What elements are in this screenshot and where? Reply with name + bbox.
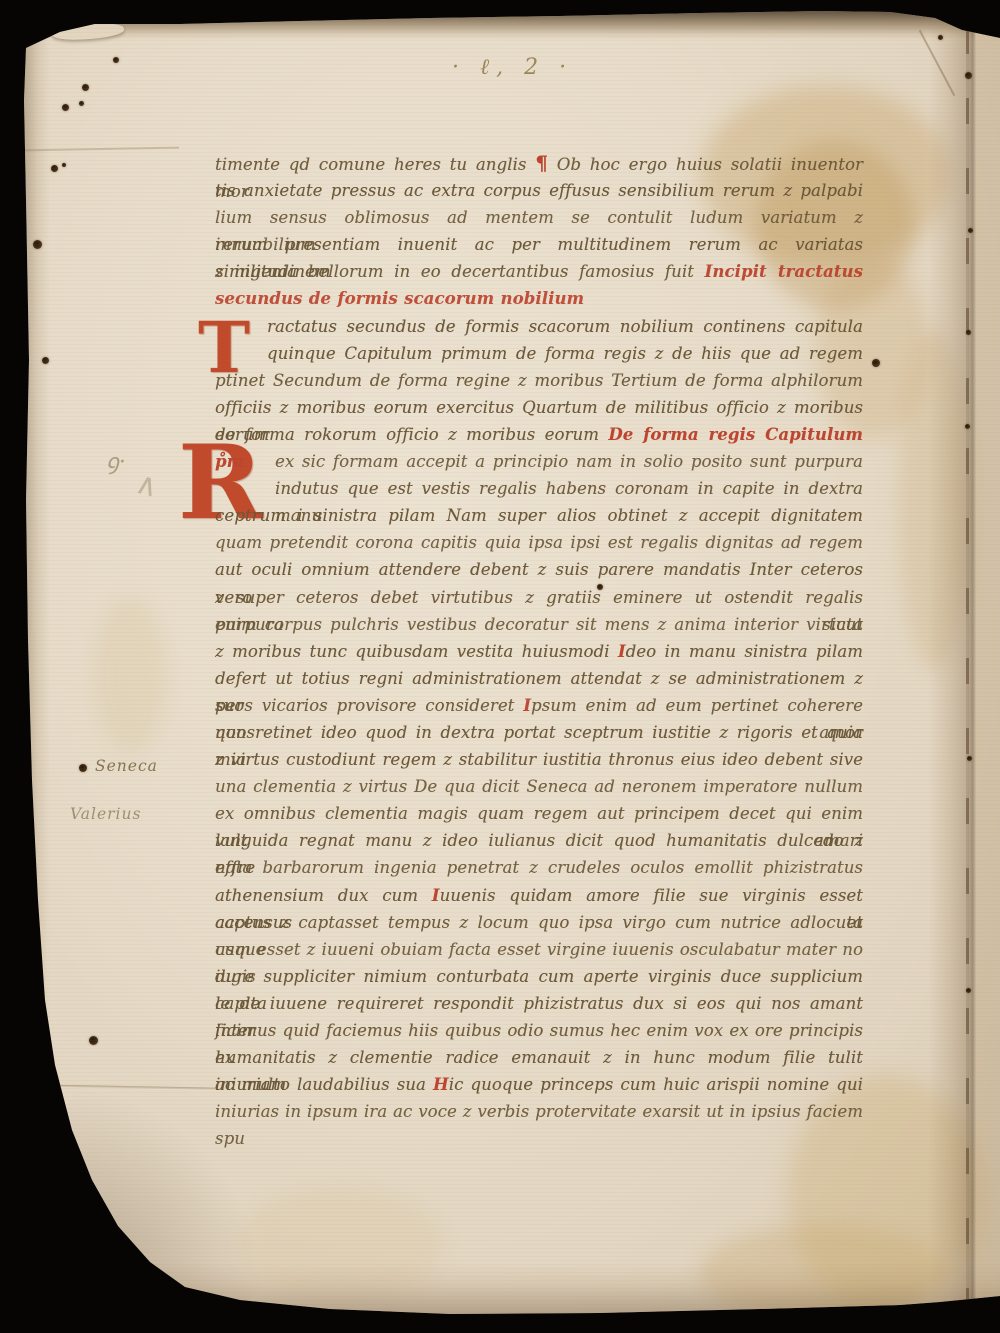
- manuscript-line: tis anxietate pressus ac extra corpus ef…: [215, 177, 863, 204]
- manuscript-line: lium sensus oblimosus ad mentem se contu…: [215, 204, 863, 231]
- manuscript-line: ex sic formam accepit a principio nam in…: [215, 448, 863, 475]
- body-text: suos vicarios provisore consideret: [215, 696, 523, 715]
- crease-bottom-left: [35, 1084, 217, 1090]
- margin-abbreviation-mark: ꝯ·: [106, 446, 126, 476]
- rubric-text: I: [523, 696, 531, 715]
- stain-gutter: [898, 330, 970, 670]
- body-text: athenensium dux cum: [215, 886, 432, 905]
- manuscript-line: officiis z moribus eorum exercitus Quart…: [215, 394, 863, 421]
- body-text: ex sic formam accepit a principio nam in…: [275, 452, 863, 471]
- wormhole: [51, 165, 58, 172]
- body-text: ptinet Secundum de forma regine z moribu…: [215, 371, 863, 390]
- body-text: tis anxietate pressus ac extra corpus ef…: [215, 181, 863, 200]
- wormhole: [107, 1221, 114, 1228]
- manuscript-line: z super ceteros debet virtutibus z grati…: [215, 584, 863, 611]
- margin-note-valerius: Valerius: [70, 805, 141, 823]
- folio-number: · ℓ, 2 ·: [452, 54, 573, 80]
- manuscript-line: una clementia z virtus De qua dicit Sene…: [215, 773, 863, 800]
- wormhole: [966, 330, 971, 335]
- body-text: timente qd comune heres tu anglis: [215, 155, 535, 174]
- manuscript-line: iniurias in ipsum ira ac voce z verbis p…: [215, 1098, 863, 1125]
- rubric-text: I: [432, 886, 440, 905]
- body-text: ac multo laudabilius sua: [215, 1075, 433, 1094]
- wormhole: [966, 988, 971, 993]
- manuscript-line: defert ut totius regni administrationem …: [215, 665, 863, 692]
- manuscript-textblock: timente qd comune heres tu anglis ¶ Ob h…: [215, 150, 863, 1125]
- body-text: ic quoque princeps cum huic arispii nomi…: [449, 1075, 863, 1094]
- wormhole: [597, 584, 603, 590]
- body-text: iniurias in ipsum ira ac voce z verbis p…: [215, 1102, 863, 1148]
- wormhole: [42, 357, 49, 364]
- top-deckle-edge: [15, 6, 975, 40]
- body-text: ex omnibus clementia magis quam regem au…: [215, 804, 863, 850]
- stain-mid-left: [94, 598, 166, 753]
- wormhole: [62, 104, 69, 111]
- wormhole: [113, 57, 119, 63]
- margin-note-seneca: Seneca: [95, 757, 158, 775]
- manuscript-line: ex omnibus clementia magis quam regem au…: [215, 800, 863, 827]
- manuscript-line: ficimus quid faciemus hiis quibus odio s…: [215, 1017, 863, 1044]
- body-text: deo in manu sinistra pilam: [626, 642, 863, 661]
- body-text: de forma rokorum officio z moribus eorum: [215, 425, 608, 444]
- body-text: quinque Capitulum primum de forma regis …: [267, 344, 863, 363]
- manuscript-line: timente qd comune heres tu anglis ¶ Ob h…: [215, 150, 863, 177]
- rubric-text: Incipit tractatus: [705, 262, 863, 281]
- stain-bottom-right-lower: [700, 1225, 945, 1320]
- manuscript-line: z ingenia bellorum in eo decertantibus f…: [215, 258, 863, 285]
- manuscript-line: athenensium dux cum Iuuenis quidam amore…: [215, 882, 863, 909]
- manuscript-line: dure suppliciter nimium conturbata cum a…: [215, 963, 863, 990]
- wormhole: [965, 424, 970, 429]
- body-text: z virtus custodiunt regem z stabilitur i…: [215, 750, 863, 769]
- rubric-text: secundus de formis scacorum nobilium: [215, 289, 584, 308]
- wormhole: [938, 35, 943, 40]
- wormhole: [62, 163, 66, 167]
- manuscript-line: quam pretendit corona capitis quia ipsa …: [215, 529, 863, 556]
- gutter-pages-edge: [928, 0, 1000, 1333]
- body-text: z ingenia bellorum in eo decertantibus f…: [215, 262, 705, 281]
- photograph-background: · ℓ, 2 · T R timente qd comune heres tu …: [0, 0, 1000, 1333]
- wormhole: [965, 72, 972, 79]
- wormhole: [47, 1118, 53, 1124]
- wormhole: [967, 756, 972, 761]
- gutter-crease: [966, 28, 969, 1308]
- manuscript-line: ractatus secundus de formis scacorum nob…: [215, 313, 863, 340]
- body-text: z moribus tunc quibusdam vestita huiusmo…: [215, 642, 618, 661]
- top-left-fold: [52, 22, 125, 42]
- manuscript-line: de forma rokorum officio z moribus eorum…: [215, 421, 863, 448]
- wormhole: [872, 359, 880, 367]
- manuscript-line: enim corpus pulchris vestibus decoratur …: [215, 611, 863, 638]
- manuscript-line: le de iuuene requireret respondit phizis…: [215, 990, 863, 1017]
- manuscript-line: nata barbarorum ingenia penetrat z crude…: [215, 854, 863, 881]
- body-text: una clementia z virtus De qua dicit Sene…: [215, 777, 863, 796]
- wormhole: [968, 228, 973, 233]
- wormhole: [89, 1036, 98, 1045]
- wormhole: [79, 764, 87, 772]
- rubric-text: I: [618, 642, 626, 661]
- bottom-edge-shadow: [0, 1262, 1000, 1317]
- body-text: enim corpus pulchris vestibus decoratur …: [215, 615, 863, 634]
- manuscript-line: ptinet Secundum de forma regine z moribu…: [215, 367, 863, 394]
- body-text: ractatus secundus de formis scacorum nob…: [267, 317, 863, 336]
- wormhole: [33, 240, 42, 249]
- manuscript-line: captus z captasset tempus z locum quo ip…: [215, 909, 863, 936]
- manuscript-line: ac multo laudabilius sua Hic quoque prin…: [215, 1071, 863, 1098]
- manuscript-line: z moribus tunc quibusdam vestita huiusmo…: [215, 638, 863, 665]
- manuscript-page: · ℓ, 2 · T R timente qd comune heres tu …: [0, 0, 1000, 1333]
- wormhole: [79, 101, 84, 106]
- left-edge-shadow: [20, 20, 50, 1320]
- manuscript-line: indutus que est vestis regalis habens co…: [215, 475, 863, 502]
- stain-bottom-left: [238, 1185, 443, 1300]
- manuscript-line: suos vicarios provisore consideret Ipsum…: [215, 692, 863, 719]
- margin-squiggle: ∧: [132, 466, 162, 505]
- paragraph-mark-icon: ¶: [535, 151, 548, 175]
- wormhole: [82, 84, 89, 91]
- crease-top-left: [24, 147, 179, 152]
- manuscript-line: cum esset z iuueni obuiam facta esset vi…: [215, 936, 863, 963]
- manuscript-line: secundus de formis scacorum nobilium: [215, 285, 863, 312]
- manuscript-line: humanitatis z clementie radice emanauit …: [215, 1044, 863, 1071]
- body-text: nata barbarorum ingenia penetrat z crude…: [215, 858, 863, 877]
- manuscript-line: quinque Capitulum primum de forma regis …: [215, 340, 863, 367]
- body-text: quam pretendit corona capitis quia ipsa …: [215, 533, 863, 552]
- manuscript-line: aut oculi omnium attendere debent z suis…: [215, 556, 863, 583]
- top-right-fold-line: [919, 30, 956, 96]
- rubric-text: H: [433, 1075, 449, 1094]
- manuscript-line: z virtus custodiunt regem z stabilitur i…: [215, 746, 863, 773]
